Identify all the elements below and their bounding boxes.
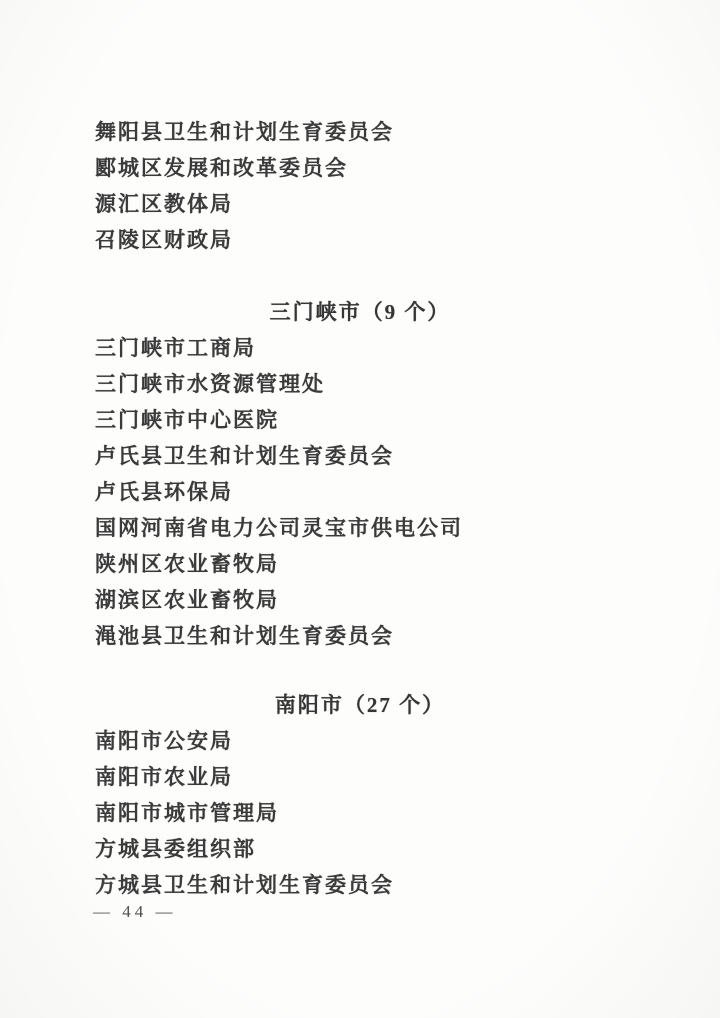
document-body: 舞阳县卫生和计划生育委员会 郾城区发展和改革委员会 源汇区教体局 召陵区财政局 … xyxy=(0,114,720,903)
list-item: 源汇区教体局 xyxy=(0,186,720,222)
list-item: 南阳市城市管理局 xyxy=(0,795,720,831)
section-header-sanmenxia: 三门峡市（9 个） xyxy=(0,294,720,330)
list-item: 舞阳县卫生和计划生育委员会 xyxy=(0,114,720,150)
list-item: 渑池县卫生和计划生育委员会 xyxy=(0,618,720,654)
list-item: 方城县委组织部 xyxy=(0,831,720,867)
list-item: 南阳市公安局 xyxy=(0,723,720,759)
list-item: 郾城区发展和改革委员会 xyxy=(0,150,720,186)
list-item: 卢氏县卫生和计划生育委员会 xyxy=(0,438,720,474)
scanned-document-page: 舞阳县卫生和计划生育委员会 郾城区发展和改革委员会 源汇区教体局 召陵区财政局 … xyxy=(0,0,720,1018)
list-item: 卢氏县环保局 xyxy=(0,474,720,510)
list-item: 南阳市农业局 xyxy=(0,759,720,795)
section-header-nanyang: 南阳市（27 个） xyxy=(0,687,720,723)
list-item: 三门峡市水资源管理处 xyxy=(0,366,720,402)
list-item: 方城县卫生和计划生育委员会 xyxy=(0,867,720,903)
list-item: 召陵区财政局 xyxy=(0,222,720,258)
page-number: — 44 — xyxy=(93,902,177,922)
list-item: 国网河南省电力公司灵宝市供电公司 xyxy=(0,510,720,546)
list-item: 三门峡市中心医院 xyxy=(0,402,720,438)
list-item: 三门峡市工商局 xyxy=(0,330,720,366)
list-item: 湖滨区农业畜牧局 xyxy=(0,582,720,618)
list-item: 陕州区农业畜牧局 xyxy=(0,546,720,582)
